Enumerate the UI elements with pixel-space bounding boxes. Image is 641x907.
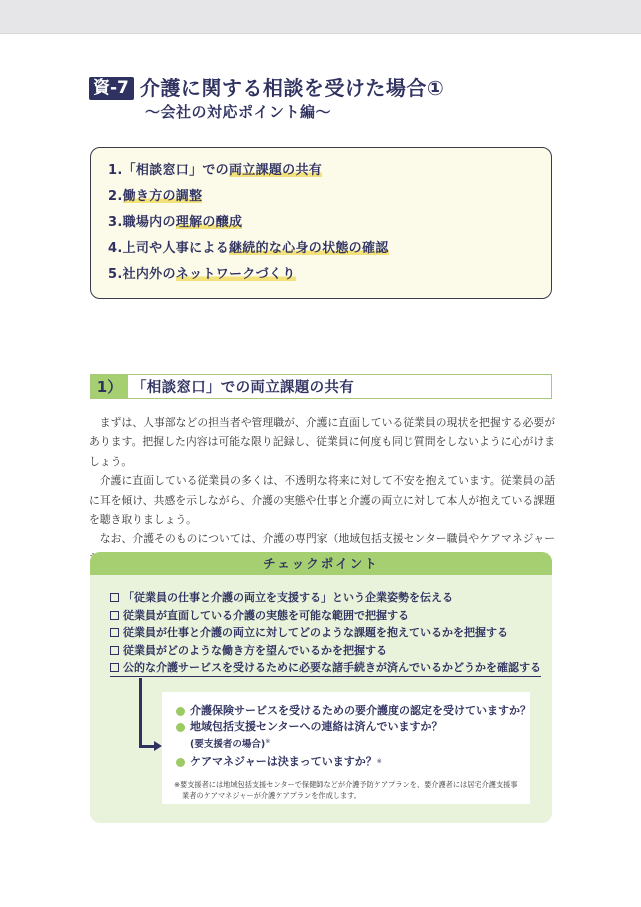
bullet-dot-icon: [176, 723, 185, 732]
outline-item-highlight: 両立課題の共有: [229, 163, 322, 178]
checkpoint-item-text: 従業員が直面している介護の実態を可能な範囲で把握する: [123, 607, 409, 624]
outline-item-prefix: 5.社内外の: [108, 267, 176, 282]
sub-question: ケアマネジャーは決まっていますか？※: [176, 754, 530, 770]
outline-item: 2.働き方の調整: [108, 185, 551, 211]
arrow-right-icon: [154, 741, 162, 751]
document-number-badge: 資-7: [89, 77, 134, 100]
section-title: 「相談窓口」での両立課題の共有: [128, 375, 354, 398]
outline-item-prefix: 3.職場内の: [108, 215, 176, 230]
page-title: 介護に関する相談を受けた場合①: [140, 76, 444, 100]
checkpoint-box: チェックポイント 「従業員の仕事と介護の両立を支援する」という企業姿勢を伝える …: [90, 552, 552, 823]
checkpoint-list: 「従業員の仕事と介護の両立を支援する」という企業姿勢を伝える 従業員が直面してい…: [110, 589, 541, 677]
section-number: 1）: [91, 375, 128, 398]
outline-item-highlight: 継続的な心身の状態の確認: [229, 241, 389, 256]
checkbox-icon: [110, 646, 119, 655]
outline-item-prefix: 1.「相談窓口」での: [108, 163, 229, 178]
checkbox-icon: [110, 628, 119, 637]
sub-question: 地域包括支援センターへの連絡は済んでいますか？: [176, 719, 530, 735]
checkpoint-item: 「従業員の仕事と介護の両立を支援する」という企業姿勢を伝える: [110, 589, 541, 607]
body-text: まずは、人事部などの担当者や管理職が、介護に直面している従業員の現状を把握する必…: [89, 413, 555, 568]
sub-question-box: 介護保険サービスを受けるための要介護度の認定を受けていますか？ 地域包括支援セン…: [162, 692, 530, 804]
outline-item-prefix: 2.: [108, 189, 123, 204]
outline-item: 3.職場内の理解の醸成: [108, 211, 551, 237]
bullet-dot-icon: [176, 707, 185, 716]
footnote-mark: ※: [265, 738, 270, 745]
sub-question-note: (要支援者の場合)※: [176, 735, 530, 751]
footnote-mark: ※: [377, 754, 382, 770]
section-heading: 1） 「相談窓口」での両立課題の共有: [90, 374, 552, 399]
checkpoint-item: 公的な介護サービスを受けるために必要な諸手続きが済んでいるかどうかを確認する: [110, 659, 541, 677]
checkpoint-item-text: 「従業員の仕事と介護の両立を支援する」という企業姿勢を伝える: [123, 589, 453, 606]
checkbox-icon: [110, 663, 119, 672]
checkbox-icon: [110, 593, 119, 602]
connector-arrow-line: [139, 678, 142, 748]
outline-item-highlight: ネットワークづくり: [176, 267, 296, 282]
footnote: ※要支援者には地域包括支援センターで保健師などが介護予防ケアプランを、要介護者に…: [174, 779, 519, 801]
checkbox-icon: [110, 611, 119, 620]
checkpoint-item-text: 従業員がどのような働き方を望んでいるかを把握する: [123, 642, 387, 659]
checkpoint-item-text: 従業員が仕事と介護の両立に対してどのような課題を抱えているかを把握する: [123, 624, 508, 641]
checkpoint-item: 従業員が仕事と介護の両立に対してどのような課題を抱えているかを把握する: [110, 624, 541, 642]
checkpoint-item: 従業員が直面している介護の実態を可能な範囲で把握する: [110, 607, 541, 625]
sub-question-text: ケアマネジャーは決まっていますか？: [190, 754, 377, 770]
outline-item: 1.「相談窓口」での両立課題の共有: [108, 159, 551, 185]
note-text: (要支援者の場合): [190, 739, 265, 750]
checkpoint-item-text: 公的な介護サービスを受けるために必要な諸手続きが済んでいるかどうかを確認する: [123, 659, 541, 676]
outline-item: 4.上司や人事による継続的な心身の状態の確認: [108, 237, 551, 263]
sub-question: 介護保険サービスを受けるための要介護度の認定を受けていますか？: [176, 703, 530, 719]
body-paragraph: まずは、人事部などの担当者や管理職が、介護に直面している従業員の現状を把握する必…: [89, 413, 555, 471]
outline-item-highlight: 働き方の調整: [123, 189, 203, 204]
page-header: 資-7 介護に関する相談を受けた場合① ～会社の対応ポイント編～: [89, 76, 444, 122]
checkpoint-title: チェックポイント: [90, 552, 552, 575]
connector-arrow-line: [139, 745, 155, 748]
viewer-top-bar: [0, 0, 641, 34]
bullet-dot-icon: [176, 758, 185, 767]
body-paragraph: 介護に直面している従業員の多くは、不透明な将来に対して不安を抱えています。従業員…: [89, 471, 555, 529]
outline-summary-box: 1.「相談窓口」での両立課題の共有 2.働き方の調整 3.職場内の理解の醸成 4…: [90, 147, 552, 299]
page-subtitle: ～会社の対応ポイント編～: [145, 102, 444, 122]
outline-item-prefix: 4.上司や人事による: [108, 241, 229, 256]
outline-item: 5.社内外のネットワークづくり: [108, 263, 551, 289]
sub-question-text: 介護保険サービスを受けるための要介護度の認定を受けていますか？: [190, 703, 531, 719]
sub-question-text: 地域包括支援センターへの連絡は済んでいますか？: [190, 719, 443, 735]
outline-item-highlight: 理解の醸成: [176, 215, 243, 230]
checkpoint-item: 従業員がどのような働き方を望んでいるかを把握する: [110, 642, 541, 660]
